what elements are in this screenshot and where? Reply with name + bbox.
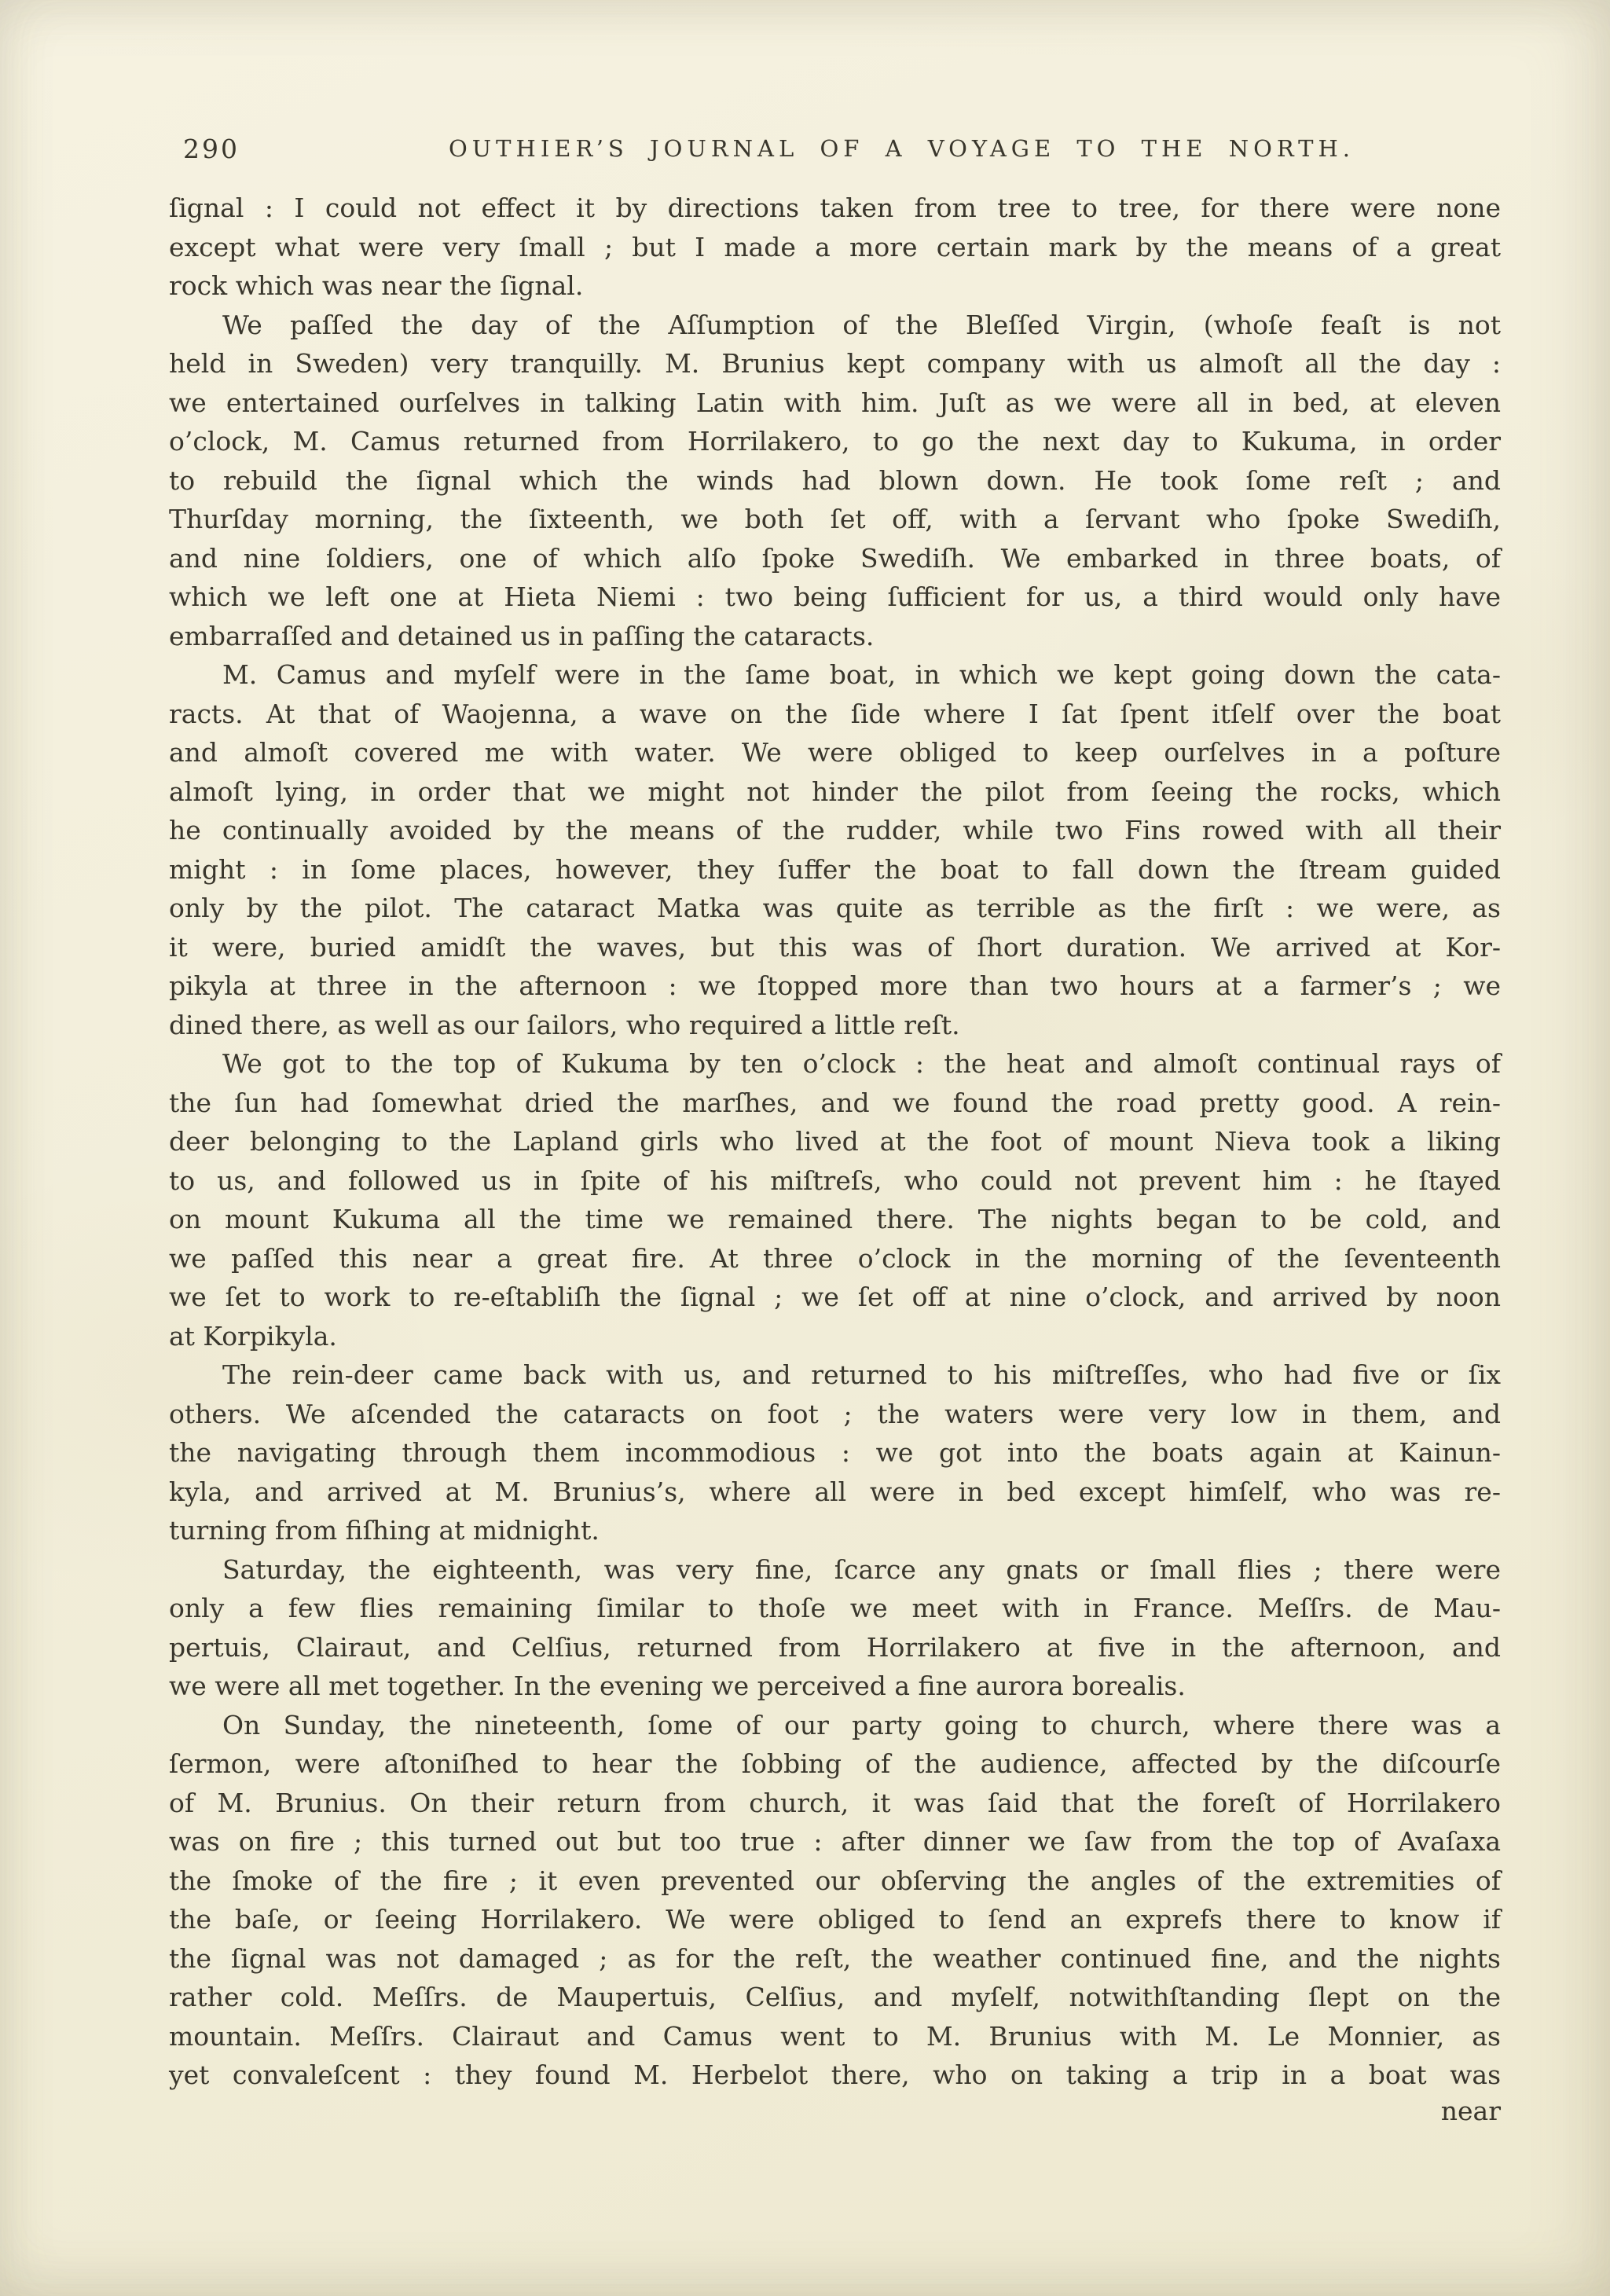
text-line: racts. At that of Waojenna, a wave on th… [169, 695, 1501, 734]
text-line: we ſet to work to re-eſtabliſh the ſigna… [169, 1278, 1501, 1317]
running-title: OUTHIER’S JOURNAL OF A VOYAGE TO THE NOR… [169, 135, 1501, 162]
text-line: which we left one at Hieta Niemi : two b… [169, 578, 1501, 617]
text-line: We got to the top of Kukuma by ten o’clo… [169, 1044, 1501, 1084]
text-line: others. We aſcended the cataracts on foo… [169, 1395, 1501, 1434]
text-line: deer belonging to the Lapland girls who … [169, 1122, 1501, 1161]
text-line: only by the pilot. The cataract Matka wa… [169, 889, 1501, 928]
text-line: the ſmoke of the fire ; it even prevente… [169, 1861, 1501, 1901]
text-line: only a few flies remaining ſimilar to th… [169, 1589, 1501, 1628]
text-line: The rein-deer came back with us, and ret… [169, 1355, 1501, 1395]
text-line: we were all met together. In the evening… [169, 1667, 1501, 1706]
text-line: to us, and followed us in ſpite of his m… [169, 1161, 1501, 1201]
text-line: at Korpikyla. [169, 1317, 1501, 1356]
text-line: to rebuild the ſignal which the winds ha… [169, 461, 1501, 501]
text-line: On Sunday, the nineteenth, ſome of our p… [169, 1706, 1501, 1745]
book-page: 290 OUTHIER’S JOURNAL OF A VOYAGE TO THE… [0, 0, 1610, 2296]
text-line: M. Camus and myſelf were in the ſame boa… [169, 655, 1501, 695]
catchword: near [1441, 2096, 1501, 2126]
text-line: yet convaleſcent : they found M. Herbelo… [169, 2056, 1501, 2095]
text-line: rather cold. Meſſrs. de Maupertuis, Celſ… [169, 1978, 1501, 2017]
text-line: and almoſt covered me with water. We wer… [169, 733, 1501, 772]
text-line: Saturday, the eighteenth, was very fine,… [169, 1550, 1501, 1590]
text-line: turning from fiſhing at midnight. [169, 1511, 1501, 1550]
text-line: embarraſſed and detained us in paſſing t… [169, 617, 1501, 656]
text-line: we paſſed this near a great fire. At thr… [169, 1239, 1501, 1278]
text-line: the ſun had ſomewhat dried the marſhes, … [169, 1084, 1501, 1123]
catchword-row: near [169, 2092, 1501, 2131]
text-line: the ſignal was not damaged ; as for the … [169, 1939, 1501, 1979]
body-text: ſignal : I could not effect it by direct… [169, 189, 1501, 2095]
text-line: it were, buried amidſt the waves, but th… [169, 928, 1501, 967]
text-line: o’clock, M. Camus returned from Horrilak… [169, 422, 1501, 461]
text-line: the navigating through them incommodious… [169, 1433, 1501, 1473]
text-line: of M. Brunius. On their return from chur… [169, 1784, 1501, 1823]
text-line: rock which was near the ſignal. [169, 266, 1501, 306]
text-line: We paſſed the day of the Aſſumption of t… [169, 306, 1501, 345]
text-line: and nine ſoldiers, one of which alſo ſpo… [169, 539, 1501, 578]
text-line: held in Sweden) very tranquilly. M. Brun… [169, 344, 1501, 383]
text-line: Thurſday morning, the ſixteenth, we both… [169, 500, 1501, 539]
text-line: kyla, and arrived at M. Brunius’s, where… [169, 1473, 1501, 1512]
text-line: might : in ſome places, however, they ſu… [169, 850, 1501, 889]
text-line: mountain. Meſſrs. Clairaut and Camus wen… [169, 2017, 1501, 2056]
text-line: pertuis, Clairaut, and Celſius, returned… [169, 1628, 1501, 1667]
text-line: we entertained ourſelves in talking Lati… [169, 383, 1501, 423]
text-line: was on fire ; this turned out but too tr… [169, 1822, 1501, 1861]
text-line: except what were very ſmall ; but I made… [169, 228, 1501, 267]
text-line: almoſt lying, in order that we might not… [169, 772, 1501, 812]
page-header: 290 OUTHIER’S JOURNAL OF A VOYAGE TO THE… [169, 130, 1501, 165]
text-line: pikyla at three in the afternoon : we ſt… [169, 966, 1501, 1006]
text-line: the baſe, or ſeeing Horrilakero. We were… [169, 1900, 1501, 1939]
text-line: on mount Kukuma all the time we remained… [169, 1200, 1501, 1239]
text-line: dined there, as well as our ſailors, who… [169, 1006, 1501, 1045]
text-line: ſermon, were aſtoniſhed to hear the ſobb… [169, 1744, 1501, 1784]
text-line: ſignal : I could not effect it by direct… [169, 189, 1501, 228]
text-line: he continually avoided by the means of t… [169, 811, 1501, 850]
